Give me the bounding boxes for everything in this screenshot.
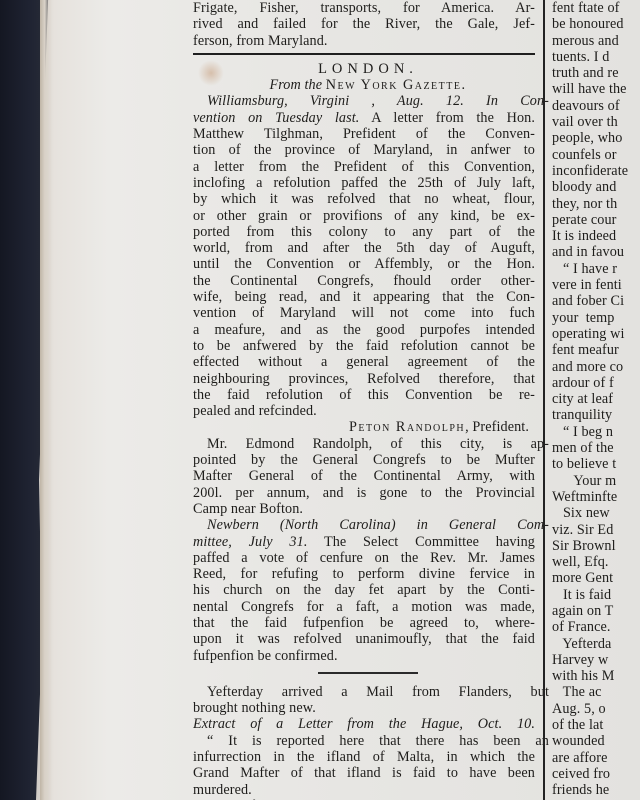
text-line: be honoured: [552, 16, 640, 32]
text-line: ardour of f: [552, 375, 640, 391]
text-line: friends he: [552, 782, 640, 798]
text-line: Yefterda: [552, 636, 640, 652]
text-line: tion of the province of Maryland, in anf…: [193, 142, 535, 158]
text-line: that the faid fufpenfion be agreed to, w…: [193, 615, 535, 631]
text-line: will have the: [552, 81, 640, 97]
text-line: bloody and: [552, 179, 640, 195]
text-line: his church on the day fet apart by the C…: [193, 582, 535, 598]
text-line: inconfiderate: [552, 163, 640, 179]
text-line: pointed by the General Congrefs to be Mu…: [193, 452, 535, 468]
text-line: Yefterday arrived a Mail from Flanders, …: [193, 684, 549, 700]
text-line: Six new: [552, 505, 640, 521]
text-line: more Gent: [552, 570, 640, 586]
section-rule: [193, 53, 535, 55]
text-line: perate cour: [552, 212, 640, 228]
subhead-source: From the New York Gazette.: [193, 77, 543, 93]
text-line: your temp: [552, 310, 640, 326]
text-line: a letter from the Prefident of this Conv…: [193, 159, 535, 175]
text-line: a meafure, and as the good purpofes inte…: [193, 322, 535, 338]
dateline-continued: vention on Tuesday last.: [193, 110, 359, 126]
text-line: are affore: [552, 750, 640, 766]
text-fragment: The Select Committee having: [307, 534, 535, 550]
text-line: Your m: [552, 473, 640, 489]
text-line: the faid refolution of this Convention b…: [193, 387, 535, 403]
main-column: Frigate, Fisher, transports, for America…: [193, 0, 543, 800]
text-line: Weftminfte: [552, 489, 640, 505]
text-line: effected without a general agreement of …: [193, 354, 535, 370]
text-line: vail over th: [552, 114, 640, 130]
text-line: world, from and after the 5th day of Aug…: [193, 240, 535, 256]
text-line: infurrection in the ifland of Malta, in …: [193, 749, 535, 765]
text-line: men of the: [552, 440, 640, 456]
text-line: Aug. 5, o: [552, 701, 640, 717]
text-line: or other grain or provifions of any kind…: [193, 208, 535, 224]
text-line: upon it was refolved unanimoufly, that t…: [193, 631, 535, 647]
text-line: “ It is reported here that there has bee…: [193, 733, 549, 749]
dateline-continued: mittee, July 31.: [193, 534, 307, 550]
text-line: people, who: [552, 130, 640, 146]
text-line: vere in fenti: [552, 277, 640, 293]
text-line: wife, being read, and it appearing that …: [193, 289, 535, 305]
signature-line: Peton Randolph, Prefident.: [193, 419, 543, 435]
short-divider-rule: [318, 672, 418, 674]
text-line: by which it was refolved that no wheat, …: [193, 191, 535, 207]
text-line: inclofing a refolution paffed the 25th o…: [193, 175, 535, 191]
text-line: Mafter General of the Continental Army, …: [193, 468, 535, 484]
subhead-prefix: From the: [269, 77, 325, 93]
text-line: 200l. per annum, and is gone to the Prov…: [193, 485, 535, 501]
text-line: It is indeed: [552, 228, 640, 244]
text-line: viz. Sir Ed: [552, 522, 640, 538]
text-line: of the lat: [552, 717, 640, 733]
text-line: merous and: [552, 33, 640, 49]
text-line: brought nothing new.: [193, 700, 535, 716]
text-line: tranquility: [552, 407, 640, 423]
text-line: Sir Brownl: [552, 538, 640, 554]
headline-london: LONDON.: [193, 61, 543, 77]
text-line: pealed and refcinded.: [193, 403, 535, 419]
dark-background: [0, 0, 42, 800]
text-line: rived and failed for the River, the Gale…: [193, 16, 535, 32]
text-line: and in favou: [552, 244, 640, 260]
text-line: fent meafur: [552, 342, 640, 358]
text-line: vention on Tuesday last. A letter from t…: [193, 110, 535, 126]
text-line: they, nor th: [552, 196, 640, 212]
text-line: nental Congrefs for a faft, a motion was…: [193, 599, 535, 615]
text-line: “ I have r: [552, 261, 640, 277]
text-line: murdered.: [193, 782, 535, 798]
text-line: and more co: [552, 359, 640, 375]
text-line: to be anfwered by the faid refolution ca…: [193, 338, 535, 354]
text-line: until the Convention or Affembly, or the…: [193, 256, 535, 272]
text-fragment: A letter from the Hon.: [359, 110, 535, 126]
column-divider: [543, 0, 545, 800]
text-line: the Continental Congrefs, fhould order o…: [193, 273, 535, 289]
text-line: truth and re: [552, 65, 640, 81]
dateline-newbern: Newbern (North Carolina) in General Com-: [193, 517, 549, 533]
text-line: Matthew Tilghman, Prefident of the Conve…: [193, 126, 535, 142]
text-line: with his M: [552, 668, 640, 684]
text-line: operating wi: [552, 326, 640, 342]
text-line: mittee, July 31. The Select Committee ha…: [193, 534, 535, 550]
text-line: ceived fro: [552, 766, 640, 782]
text-line: Camp near Bofton.: [193, 501, 535, 517]
right-column: fent ftate of be honoured merous and tue…: [552, 0, 640, 799]
text-line: counfels or: [552, 147, 640, 163]
text-line: wounded: [552, 733, 640, 749]
dateline-williamsburg: Williamsburg, Virgini , Aug. 12. In Con-: [193, 93, 549, 109]
signature-title: , Prefident.: [465, 419, 529, 435]
text-line: ferson, from Maryland.: [193, 33, 535, 49]
text-line: It is faid: [552, 587, 640, 603]
text-line: Grand Mafter of that ifland is faid to h…: [193, 765, 535, 781]
text-line: Frigate, Fisher, transports, for America…: [193, 0, 535, 16]
text-line: Mr. Edmond Randolph, of this city, is ap…: [193, 436, 549, 452]
text-line: again on T: [552, 603, 640, 619]
text-line: and fober Ci: [552, 293, 640, 309]
subhead-source-name: New York Gazette.: [326, 77, 467, 93]
text-line: Harvey w: [552, 652, 640, 668]
text-line: tuents. I d: [552, 49, 640, 65]
text-line: city at leaf: [552, 391, 640, 407]
text-line: of France.: [552, 619, 640, 635]
text-line: ported from this colony to any part of t…: [193, 224, 535, 240]
text-line: well, Efq.: [552, 554, 640, 570]
text-line: Reed, for refufing to perform divine fer…: [193, 566, 535, 582]
text-line: vention of Maryland will not come into f…: [193, 305, 535, 321]
text-line: fufpenfion be confirmed.: [193, 648, 535, 664]
text-line: paffed a vote of cenfure on the Rev. Mr.…: [193, 550, 535, 566]
page-torn-edge: [40, 0, 52, 800]
extract-heading: Extract of a Letter from the Hague, Oct.…: [193, 716, 535, 732]
text-line: “ I beg n: [552, 424, 640, 440]
text-line: fent ftate of: [552, 0, 640, 16]
text-line: neighbouring provinces, Refolved therefo…: [193, 371, 535, 387]
text-line: The ac: [552, 684, 640, 700]
signature-name: Peton Randolph: [349, 419, 465, 435]
text-line: deavours of: [552, 98, 640, 114]
text-line: to believe t: [552, 456, 640, 472]
